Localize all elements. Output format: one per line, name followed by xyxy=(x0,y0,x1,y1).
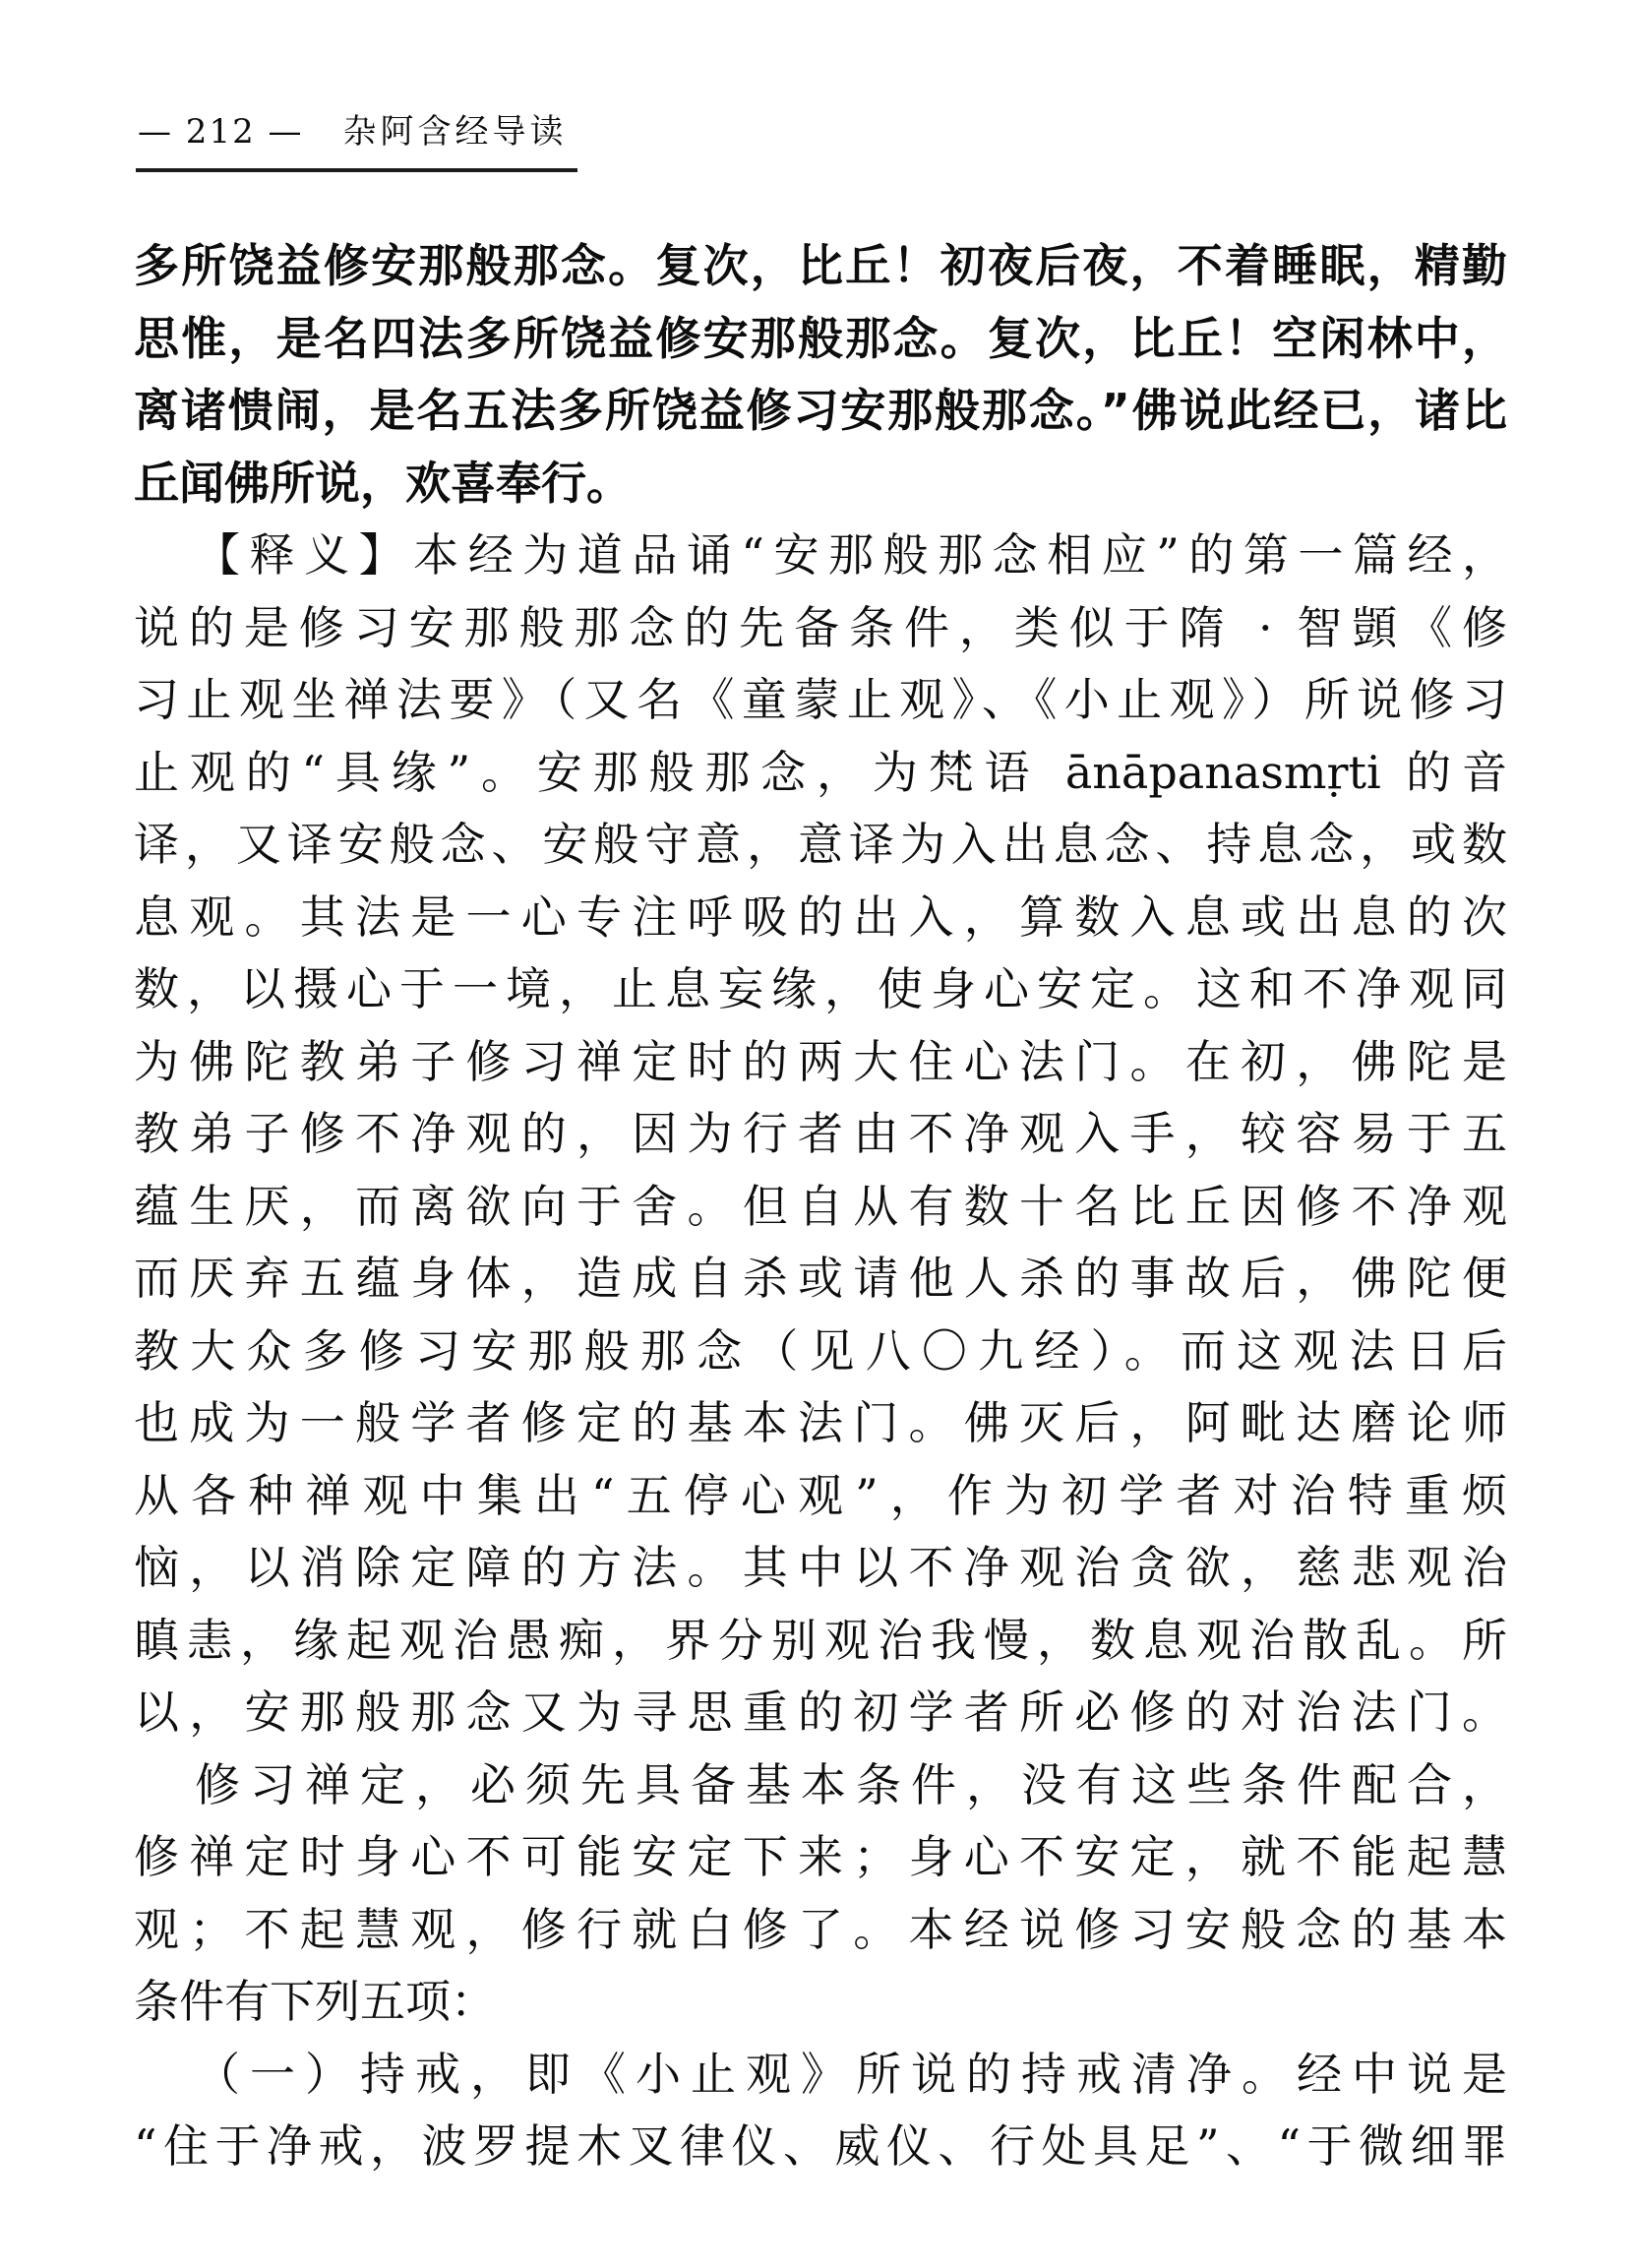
text-line: 从各种禅观中集出“五停心观”，作为初学者对治特重烦 xyxy=(134,1460,1507,1533)
text-line: 蕴生厌，而离欲向于舍。但自从有数十名比丘因修不净观 xyxy=(134,1171,1507,1244)
text-line: 而厌弃五蕴身体，造成自杀或请他人杀的事故后，佛陀便 xyxy=(134,1243,1507,1316)
text-line: 教弟子修不净观的，因为行者由不净观入手，较容易于五 xyxy=(134,1098,1507,1171)
book-title: 杂阿含经导读 xyxy=(343,104,568,153)
text-line: 习止观坐禅法要》（又名《童蒙止观》、《小止观》）所说修习 xyxy=(134,664,1507,737)
text-line: 修禅定时身心不可能安定下来；身心不安定，就不能起慧 xyxy=(134,1821,1507,1894)
text-line: “住于净戒，波罗提木叉律仪、威仪、行处具足”、“于微细罪 xyxy=(134,2111,1507,2183)
text-line: 教大众多修习安那般那念（见八〇九经）。而这观法日后 xyxy=(134,1316,1507,1388)
text-line: 说的是修习安那般那念的先备条件，类似于隋 · 智顗《修 xyxy=(134,592,1507,665)
text-line: 也成为一般学者修定的基本法门。佛灭后，阿毗达磨论师 xyxy=(134,1387,1507,1460)
text-line: 多所饶益修安那般那念。复次，比丘！初夜后夜，不着睡眠，精勤 xyxy=(134,230,1507,303)
body-text-block: 多所饶益修安那般那念。复次，比丘！初夜后夜，不着睡眠，精勤思惟，是名四法多所饶益… xyxy=(134,230,1507,2183)
text-line: 为佛陀教弟子修习禅定时的两大住心法门。在初，佛陀是 xyxy=(134,1026,1507,1099)
text-line: 【释义】本经为道品诵“安那般那念相应”的第一篇经， xyxy=(134,520,1507,592)
text-line: 止观的“具缘”。安那般那念，为梵语 ānāpanasmṛti 的音 xyxy=(134,737,1507,810)
text-line: 数，以摄心于一境，止息妄缘，使身心安定。这和不净观同 xyxy=(134,953,1507,1026)
running-header: — 212 — 杂阿含经导读 xyxy=(136,104,577,172)
text-line: 息观。其法是一心专注呼吸的出入，算数入息或出息的次 xyxy=(134,882,1507,954)
text-line: 译，又译安般念、安般守意，意译为入出息念、持息念，或数 xyxy=(134,809,1507,882)
text-line: 思惟，是名四法多所饶益修安那般那念。复次，比丘！空闲林中， xyxy=(134,303,1507,376)
text-line: 离诸愦闹，是名五法多所饶益修习安那般那念。”佛说此经已，诸比 xyxy=(134,375,1507,448)
text-line: 瞋恚，缘起观治愚痴，界分别观治我慢，数息观治散乱。所 xyxy=(134,1605,1507,1678)
text-line: 以，安那般那念又为寻思重的初学者所必修的对治法门。 xyxy=(134,1677,1507,1749)
page-number: — 212 — xyxy=(138,112,304,152)
text-line: （一）持戒，即《小止观》所说的持戒清净。经中说是 xyxy=(134,2039,1507,2112)
text-line: 丘闻佛所说，欢喜奉行。 xyxy=(134,448,1507,521)
text-line: 恼，以消除定障的方法。其中以不净观治贪欲，慈悲观治 xyxy=(134,1532,1507,1605)
text-line: 条件有下列五项： xyxy=(134,1966,1507,2039)
scanned-book-page: — 212 — 杂阿含经导读 多所饶益修安那般那念。复次，比丘！初夜后夜，不着睡… xyxy=(0,0,1637,2268)
text-line: 观；不起慧观，修行就白修了。本经说修习安般念的基本 xyxy=(134,1894,1507,1967)
text-line: 修习禅定，必须先具备基本条件，没有这些条件配合， xyxy=(134,1749,1507,1822)
